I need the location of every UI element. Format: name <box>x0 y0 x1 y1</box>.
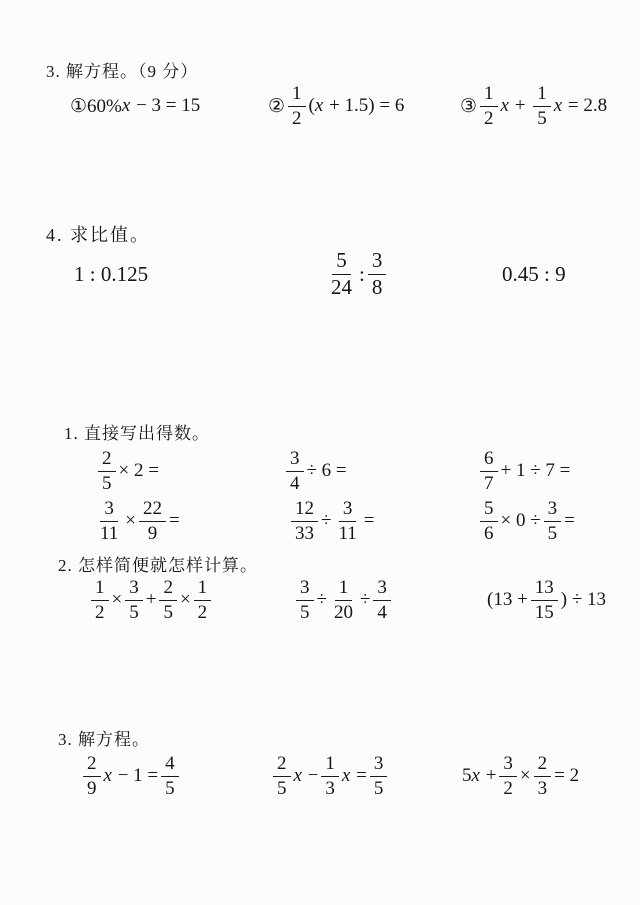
fraction: 1233 <box>291 498 318 544</box>
problem-12-33-div-3-11: 1233÷311= <box>288 498 374 544</box>
equation-5x-plus-3-2-times-2-3: 5x +32×23= 2 <box>462 753 579 799</box>
fraction: 34 <box>373 577 391 623</box>
section-title-solve-equations: 3. 解方程。 <box>58 725 150 750</box>
math-text: + <box>510 95 530 117</box>
fraction: 12 <box>288 83 306 129</box>
problem-3-11-times-22-9: 311×229= <box>93 498 180 544</box>
math-text: 5 <box>462 765 472 787</box>
fraction: 34 <box>286 448 304 494</box>
fraction: 25 <box>273 753 291 799</box>
math-text: × 2 = <box>119 460 159 482</box>
math-text: + 1 ÷ 7 = <box>501 460 571 482</box>
math-text: x <box>104 765 113 787</box>
fraction: 25 <box>159 577 177 623</box>
math-text: x <box>472 765 481 787</box>
math-text: ÷ 6 = <box>307 460 347 482</box>
math-text: (13 + <box>487 589 528 611</box>
fraction: 35 <box>296 577 314 623</box>
equation-60percent-x: ①60%x − 3 = 15 <box>70 84 200 128</box>
fraction: 38 <box>368 249 387 299</box>
fraction: 311 <box>334 498 360 544</box>
section-title-find-ratio: 4. 求比值。 <box>46 221 150 247</box>
math-text: ) ÷ 13 <box>561 589 606 611</box>
ratio-5-24-to-3-8: 524:38 <box>324 250 389 298</box>
math-text: 0.45 : 9 <box>502 262 566 287</box>
math-text: : <box>359 262 365 287</box>
fraction: 32 <box>499 753 517 799</box>
math-text: + <box>481 765 496 787</box>
math-text: + 1.5) = 6 <box>324 95 404 117</box>
math-text: − <box>303 765 318 787</box>
math-text: ÷ <box>321 510 331 532</box>
section-title-direct-answers: 1. 直接写出得数。 <box>64 419 210 444</box>
equation-half-x-plus-fifth-x: ③12x + 15x = 2.8 <box>460 84 607 128</box>
ratio-045-to-9: 0.45 : 9 <box>502 250 566 298</box>
problem-2-5-times-2: 25× 2 = <box>95 448 159 494</box>
math-text: = <box>351 765 366 787</box>
fraction: 120 <box>330 577 357 623</box>
problem-3-5-div-1-20-div-3-4: 35÷120÷34 <box>293 577 394 623</box>
section-title-simplify-calculation: 2. 怎样简便就怎样计算。 <box>58 551 258 576</box>
fraction: 23 <box>534 753 552 799</box>
math-text: × <box>180 589 191 611</box>
fraction: 229 <box>139 498 166 544</box>
math-text: × <box>125 510 136 532</box>
math-text: = 2.8 <box>563 95 607 117</box>
fraction: 311 <box>96 498 122 544</box>
math-text: 1 : 0.125 <box>74 262 148 287</box>
math-text: x <box>501 95 510 117</box>
fraction: 25 <box>98 448 116 494</box>
problem-half-times-3-5-plus-2-5-times-half: 12×35+25×12 <box>88 577 214 623</box>
worksheet-page: 3. 解方程。（9 分） ①60%x − 3 = 15 ②12(x + 1.5)… <box>0 0 640 905</box>
math-text: = <box>169 510 180 532</box>
fraction: 29 <box>83 753 101 799</box>
fraction: 1315 <box>531 577 558 623</box>
fraction: 15 <box>533 83 551 129</box>
math-text: × <box>520 765 531 787</box>
math-text: x <box>342 765 351 787</box>
math-text: x <box>315 95 324 117</box>
fraction: 35 <box>125 577 143 623</box>
math-text: ÷ <box>317 589 327 611</box>
equation-2-5-x-minus-1-3-x: 25x −13x =35 <box>270 753 390 799</box>
problem-6-7-plus-1-div-7: 67+ 1 ÷ 7 = <box>477 448 570 494</box>
fraction: 12 <box>480 83 498 129</box>
math-text: = <box>564 510 575 532</box>
fraction: 67 <box>480 448 498 494</box>
problem-5-6-times-0-div-3-5: 56× 0 ÷35= <box>477 498 575 544</box>
section-title-solve-equations-9pts: 3. 解方程。（9 分） <box>46 57 198 82</box>
fraction: 56 <box>480 498 498 544</box>
problem-13-plus-13-15-div-13: (13 +1315) ÷ 13 <box>487 577 606 623</box>
math-text: − 3 = 15 <box>131 95 200 117</box>
math-text: × 0 ÷ <box>501 510 541 532</box>
math-text: = <box>364 510 375 532</box>
equation-half-x-plus-1point5: ②12(x + 1.5) = 6 <box>268 84 404 128</box>
math-text: = 2 <box>554 765 579 787</box>
equation-2-9-x-minus-1: 29x − 1 =45 <box>80 753 182 799</box>
fraction: 13 <box>321 753 339 799</box>
fraction: 524 <box>327 249 356 299</box>
math-text: ③ <box>460 95 477 118</box>
fraction: 12 <box>194 577 212 623</box>
fraction: 35 <box>544 498 562 544</box>
math-text: ÷ <box>360 589 370 611</box>
fraction: 12 <box>91 577 109 623</box>
problem-3-4-div-6: 34÷ 6 = <box>283 448 347 494</box>
math-text: − 1 = <box>113 765 158 787</box>
math-text: x <box>294 765 303 787</box>
math-text: ①60% <box>70 95 122 118</box>
math-text: x <box>122 95 131 117</box>
ratio-1-to-0125: 1 : 0.125 <box>74 250 148 298</box>
math-text: x <box>554 95 563 117</box>
math-text: × <box>112 589 123 611</box>
math-text: ② <box>268 95 285 118</box>
fraction: 45 <box>161 753 179 799</box>
fraction: 35 <box>370 753 388 799</box>
math-text: + <box>146 589 157 611</box>
